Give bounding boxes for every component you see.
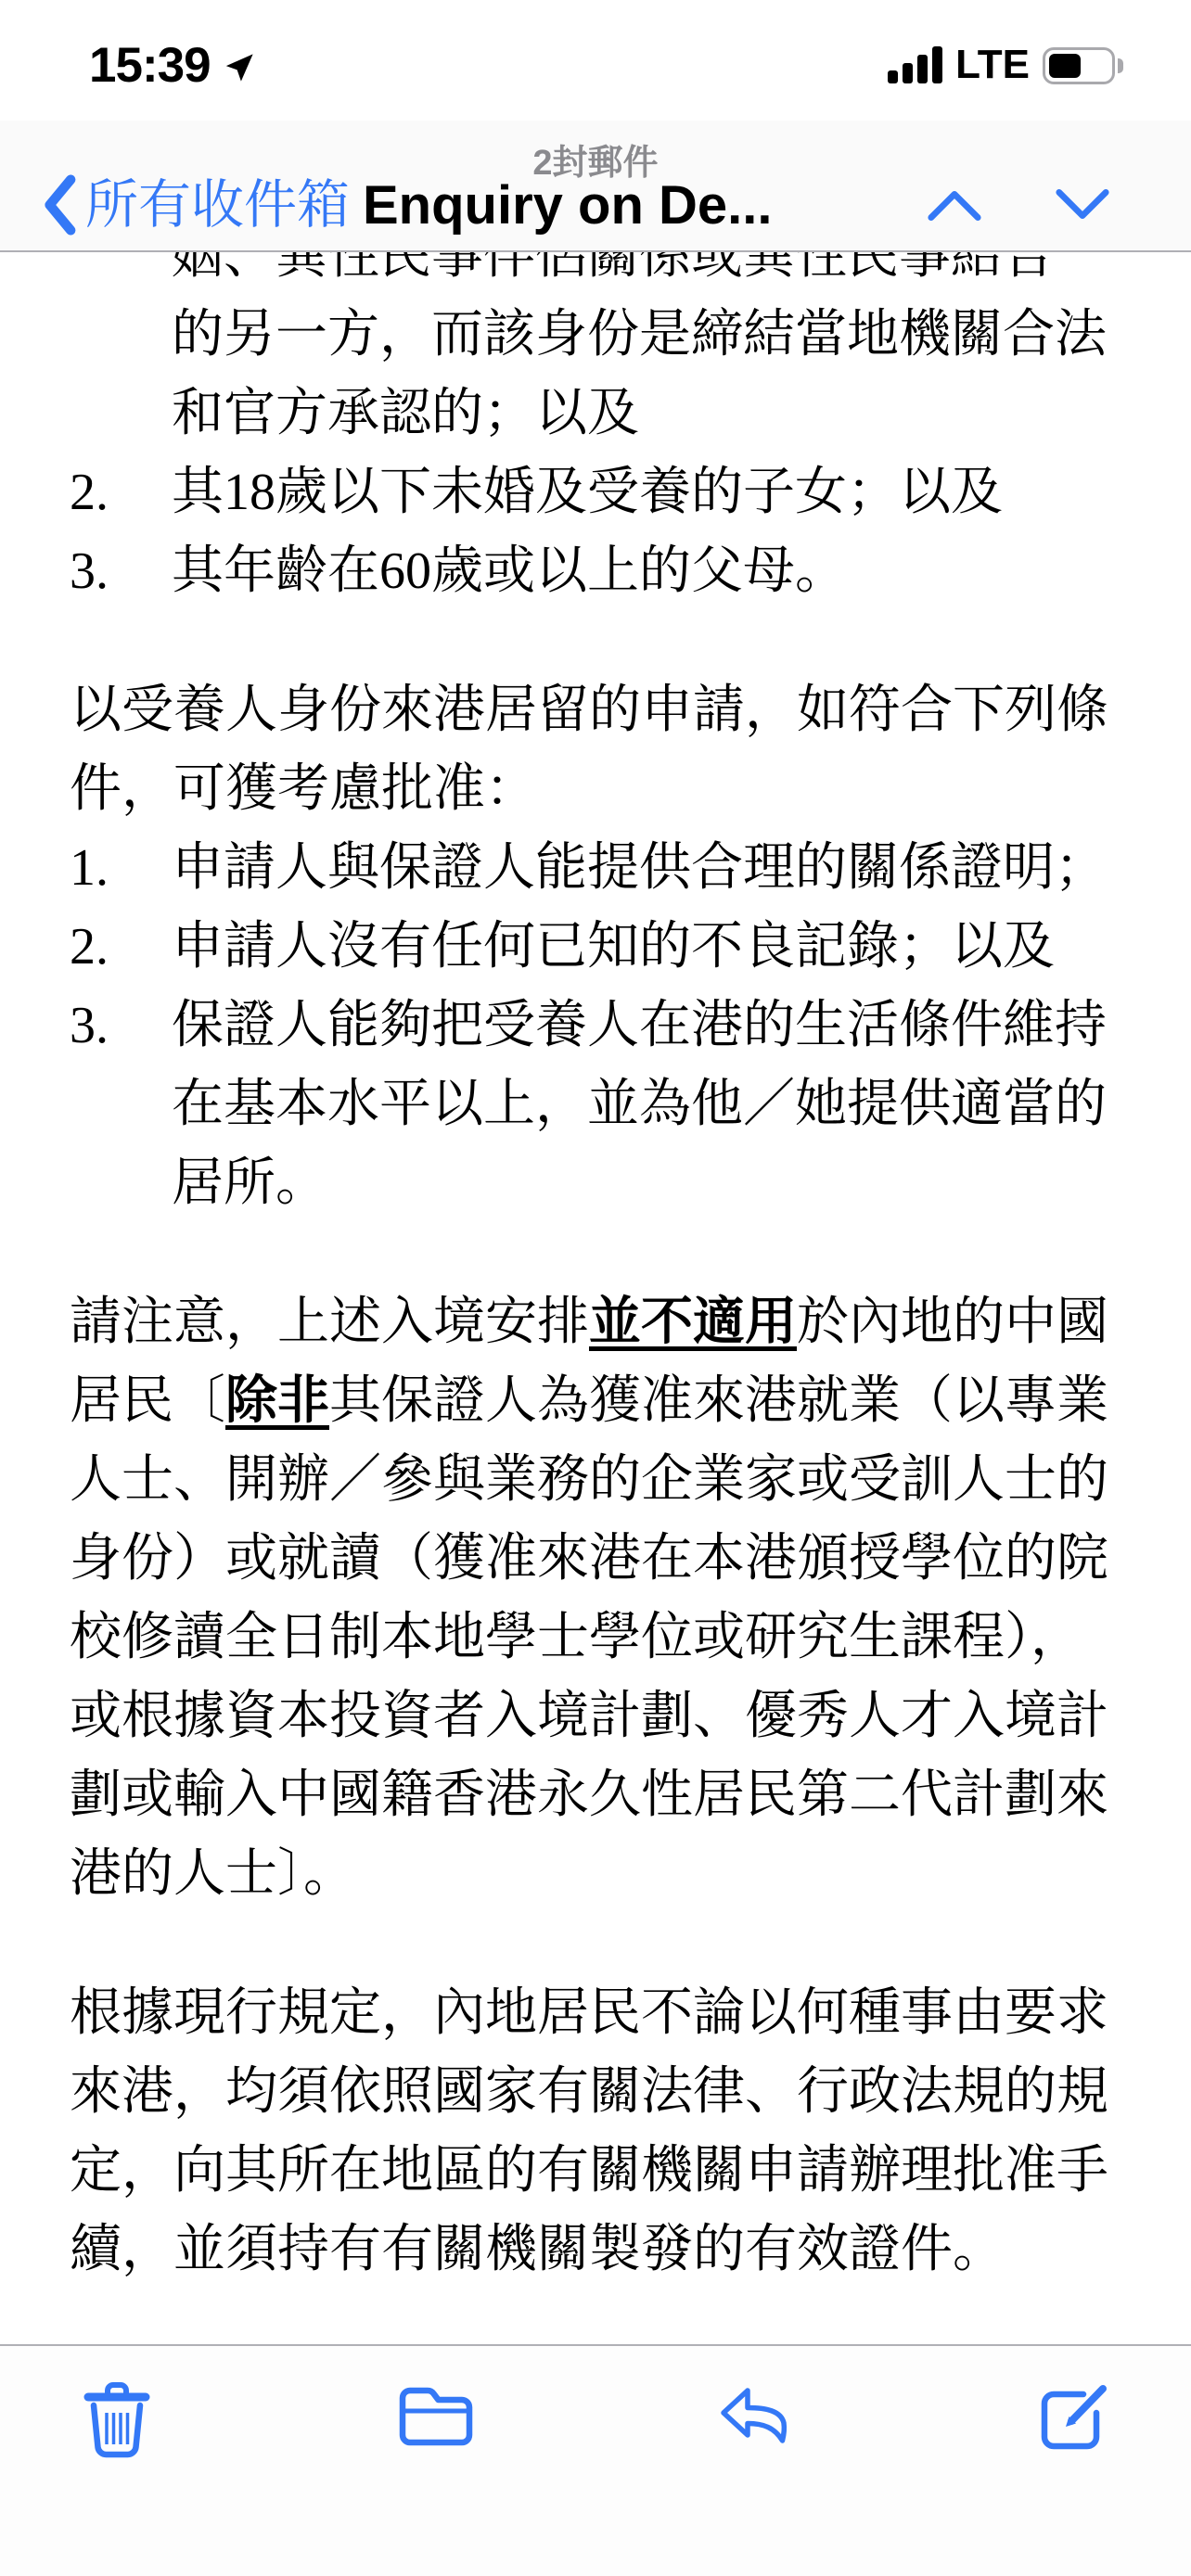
trash-icon	[70, 2370, 163, 2463]
paragraph-mainland-regulations: 根據現行規定，內地居民不論以何種事由要求來港，均須依照國家有關法律、行政法規的規…	[70, 1974, 1121, 2289]
compose-icon	[1028, 2370, 1121, 2463]
clipped-line: 姻、異性民事伴侶關係或異性民事結合	[172, 252, 1121, 296]
compose-button[interactable]	[1026, 2368, 1122, 2465]
notice-run-emphasis: 除非	[225, 1372, 329, 1430]
clipped-line: 的另一方，而該身份是締結當地機關合法	[172, 296, 1121, 375]
list-item: 1. 申請人與保證人能提供合理的關係證明；	[70, 829, 1121, 908]
list-number: 2.	[70, 908, 172, 987]
email-subject-title: Enquiry on De...	[363, 174, 926, 236]
list-item: 2. 申請人沒有任何已知的不良記錄；以及	[70, 908, 1121, 987]
delete-button[interactable]	[69, 2368, 165, 2465]
signal-strength-icon	[888, 46, 942, 85]
mail-toolbar	[0, 2344, 1191, 2576]
list-text: 申請人沒有任何已知的不良記錄；以及	[172, 908, 1121, 987]
notice-run-emphasis: 並不適用	[589, 1294, 797, 1351]
list-text: 其年齡在60歲或以上的父母。	[172, 532, 1121, 611]
back-button-label: 所有收件箱	[85, 177, 350, 233]
status-bar: 15:39 LTE	[0, 0, 1191, 121]
next-message-button[interactable]	[1054, 185, 1111, 224]
notice-run: 請注意，上述入境安排	[70, 1294, 589, 1351]
previous-message-button[interactable]	[926, 185, 983, 224]
move-to-folder-button[interactable]	[388, 2368, 484, 2465]
paragraph-notice: 請注意，上述入境安排並不適用於內地的中國居民〔除非其保證人為獲准來港就業（以專業…	[70, 1283, 1121, 1914]
list-item-clipped: 姻、異性民事伴侶關係或異性民事結合 的另一方，而該身份是締結當地機關合法 和官方…	[70, 252, 1121, 453]
battery-icon	[1043, 47, 1115, 84]
folder-icon	[390, 2370, 482, 2463]
reply-button[interactable]	[707, 2368, 803, 2465]
clock: 15:39	[89, 37, 211, 94]
back-button[interactable]: 所有收件箱	[41, 174, 350, 236]
list-item: 2. 其18歲以下未婚及受養的子女；以及	[70, 453, 1121, 532]
notice-run: 其保證人為獲准來港就業（以專業人士、開辦／參與業務的企業家或受訓人士的身份）或就…	[70, 1372, 1108, 1903]
list-text: 申請人與保證人能提供合理的關係證明；	[172, 829, 1121, 908]
list-number: 1.	[70, 829, 172, 908]
mail-app-screen: 15:39 LTE 2封郵件 所有收件箱	[0, 0, 1191, 2576]
list-number: 3.	[70, 532, 172, 611]
mail-header: 2封郵件 所有收件箱 Enquiry on De...	[0, 121, 1191, 252]
paragraph-conditions-intro: 以受養人身份來港居留的申請，如符合下列條件，可獲考慮批准：	[70, 671, 1121, 829]
back-chevron-icon	[41, 174, 76, 236]
location-arrow-icon	[224, 52, 255, 83]
list-number: 3.	[70, 987, 172, 1223]
email-body[interactable]: 姻、異性民事伴侶關係或異性民事結合 的另一方，而該身份是締結當地機關合法 和官方…	[0, 252, 1191, 2344]
list-text: 其18歲以下未婚及受養的子女；以及	[172, 453, 1121, 532]
network-type-label: LTE	[955, 45, 1030, 85]
list-text: 保證人能夠把受養人在港的生活條件維持在基本水平以上，並為他／她提供適當的居所。	[172, 987, 1121, 1223]
list-item: 3. 其年齡在60歲或以上的父母。	[70, 532, 1121, 611]
list-number: 2.	[70, 453, 172, 532]
clipped-line: 和官方承認的；以及	[172, 375, 1121, 453]
list-item: 3. 保證人能夠把受養人在港的生活條件維持在基本水平以上，並為他／她提供適當的居…	[70, 987, 1121, 1223]
reply-arrow-icon	[709, 2370, 801, 2463]
